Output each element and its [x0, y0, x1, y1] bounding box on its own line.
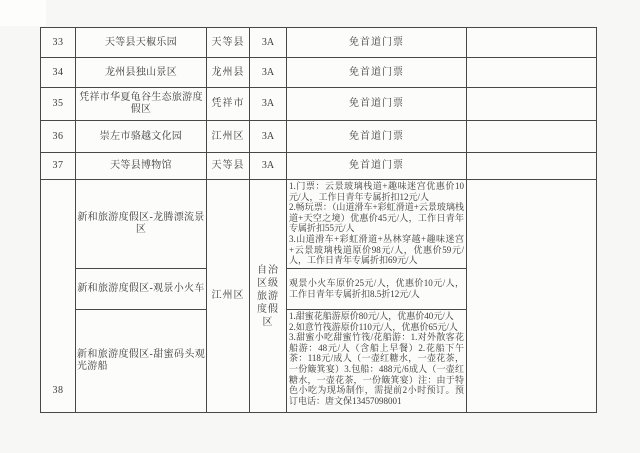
- policy-item: 1.甜蜜花船游原价80元/人，优惠价40元/人: [289, 311, 464, 322]
- table-row-34: 34 龙州县独山景区 龙州县 3A 免首道门票: [41, 58, 597, 88]
- remark-cell: [467, 28, 597, 58]
- policy-item: 2.如意竹筏游原价110元/人，优惠价65元/人: [289, 322, 464, 333]
- grade-cell: 3A: [250, 28, 287, 58]
- remark-cell: [467, 58, 597, 88]
- scan-artifact: [0, 0, 46, 26]
- row-number-cell: 35: [41, 88, 76, 121]
- location-cell: 江州区: [207, 180, 250, 413]
- table-row-36: 36 崇左市骆越文化园 江州区 3A 免首道门票: [41, 121, 597, 153]
- grade-cell: 3A: [250, 58, 287, 88]
- table-row-33: 33 天等县天椒乐园 天等县 3A 免首道门票: [41, 28, 597, 58]
- row-number-cell: 34: [41, 58, 76, 88]
- row-number-cell: 38: [41, 180, 76, 413]
- row-number-cell: 33: [41, 28, 76, 58]
- attraction-name-cell: 新和旅游度假区-龙腾漂流景区: [76, 180, 207, 269]
- location-cell: 凭祥市: [207, 88, 250, 121]
- attraction-name-cell: 凭祥市华夏龟谷生态旅游度假区: [76, 88, 207, 121]
- attraction-name-cell: 天等县博物馆: [76, 153, 207, 180]
- ticket-policy-cell: 免首道门票: [287, 121, 467, 153]
- remark-cell: [467, 121, 597, 153]
- policy-item: 3.甜蜜小吃甜蜜竹筏/花船游：1.对外散客花船游：48元/人（含船上早餐）2.花…: [289, 332, 464, 406]
- ticket-policy-cell: 1.甜蜜花船游原价80元/人，优惠价40元/人 2.如意竹筏游原价110元/人，…: [287, 310, 467, 413]
- location-cell: 龙州县: [207, 58, 250, 88]
- ticket-policy-cell: 免首道门票: [287, 58, 467, 88]
- location-cell: 天等县: [207, 28, 250, 58]
- attraction-name-cell: 崇左市骆越文化园: [76, 121, 207, 153]
- attraction-name-cell: 龙州县独山景区: [76, 58, 207, 88]
- attraction-name-cell: 新和旅游度假区-甜蜜码头观光游船: [76, 310, 207, 413]
- grade-cell: 3A: [250, 153, 287, 180]
- scenic-spots-table: 33 天等县天椒乐园 天等县 3A 免首道门票 34 龙州县独山景区 龙州县 3…: [40, 27, 597, 413]
- remark-cell: [467, 180, 597, 413]
- location-cell: 天等县: [207, 153, 250, 180]
- attraction-name-cell: 新和旅游度假区-观景小火车: [76, 269, 207, 310]
- ticket-policy-cell: 免首道门票: [287, 88, 467, 121]
- scanned-document-page: 33 天等县天椒乐园 天等县 3A 免首道门票 34 龙州县独山景区 龙州县 3…: [0, 0, 640, 453]
- ticket-policy-cell: 观景小火车原价25元/人，优惠价10元/人，工作日青年专属折扣8.5折12元/人: [287, 269, 467, 310]
- ticket-policy-cell: 免首道门票: [287, 28, 467, 58]
- attraction-name-cell: 天等县天椒乐园: [76, 28, 207, 58]
- row-number-cell: 36: [41, 121, 76, 153]
- ticket-policy-cell: 免首道门票: [287, 153, 467, 180]
- table-row-38-sub-1: 38 新和旅游度假区-龙腾漂流景区 江州区 自治区级旅游度假区 1.门票：云景玻…: [41, 180, 597, 269]
- table-row-35: 35 凭祥市华夏龟谷生态旅游度假区 凭祥市 3A 免首道门票: [41, 88, 597, 121]
- policy-item: 观景小火车原价25元/人，优惠价10元/人，工作日青年专属折扣8.5折12元/人: [289, 278, 464, 299]
- remark-cell: [467, 88, 597, 121]
- grade-cell: 3A: [250, 121, 287, 153]
- table-row-37: 37 天等县博物馆 天等县 3A 免首道门票: [41, 153, 597, 180]
- grade-cell: 自治区级旅游度假区: [250, 180, 287, 413]
- policy-item: 2.畅玩票：（山道滑车+彩虹滑道+云景玻璃栈道+天空之境）优惠价45元/人，工作…: [289, 202, 464, 234]
- remark-cell: [467, 153, 597, 180]
- policy-item: 1.门票：云景玻璃栈道+趣味迷宫优惠价10元/人，工作日青年专属折扣12元/人: [289, 181, 464, 202]
- location-cell: 江州区: [207, 121, 250, 153]
- grade-cell: 3A: [250, 88, 287, 121]
- row-number-cell: 37: [41, 153, 76, 180]
- policy-item: 3.山道滑车+彩虹滑道+丛林穿越+趣味迷宫+云景玻璃栈道原价98元/人，优惠价5…: [289, 234, 464, 266]
- ticket-policy-cell: 1.门票：云景玻璃栈道+趣味迷宫优惠价10元/人，工作日青年专属折扣12元/人 …: [287, 180, 467, 269]
